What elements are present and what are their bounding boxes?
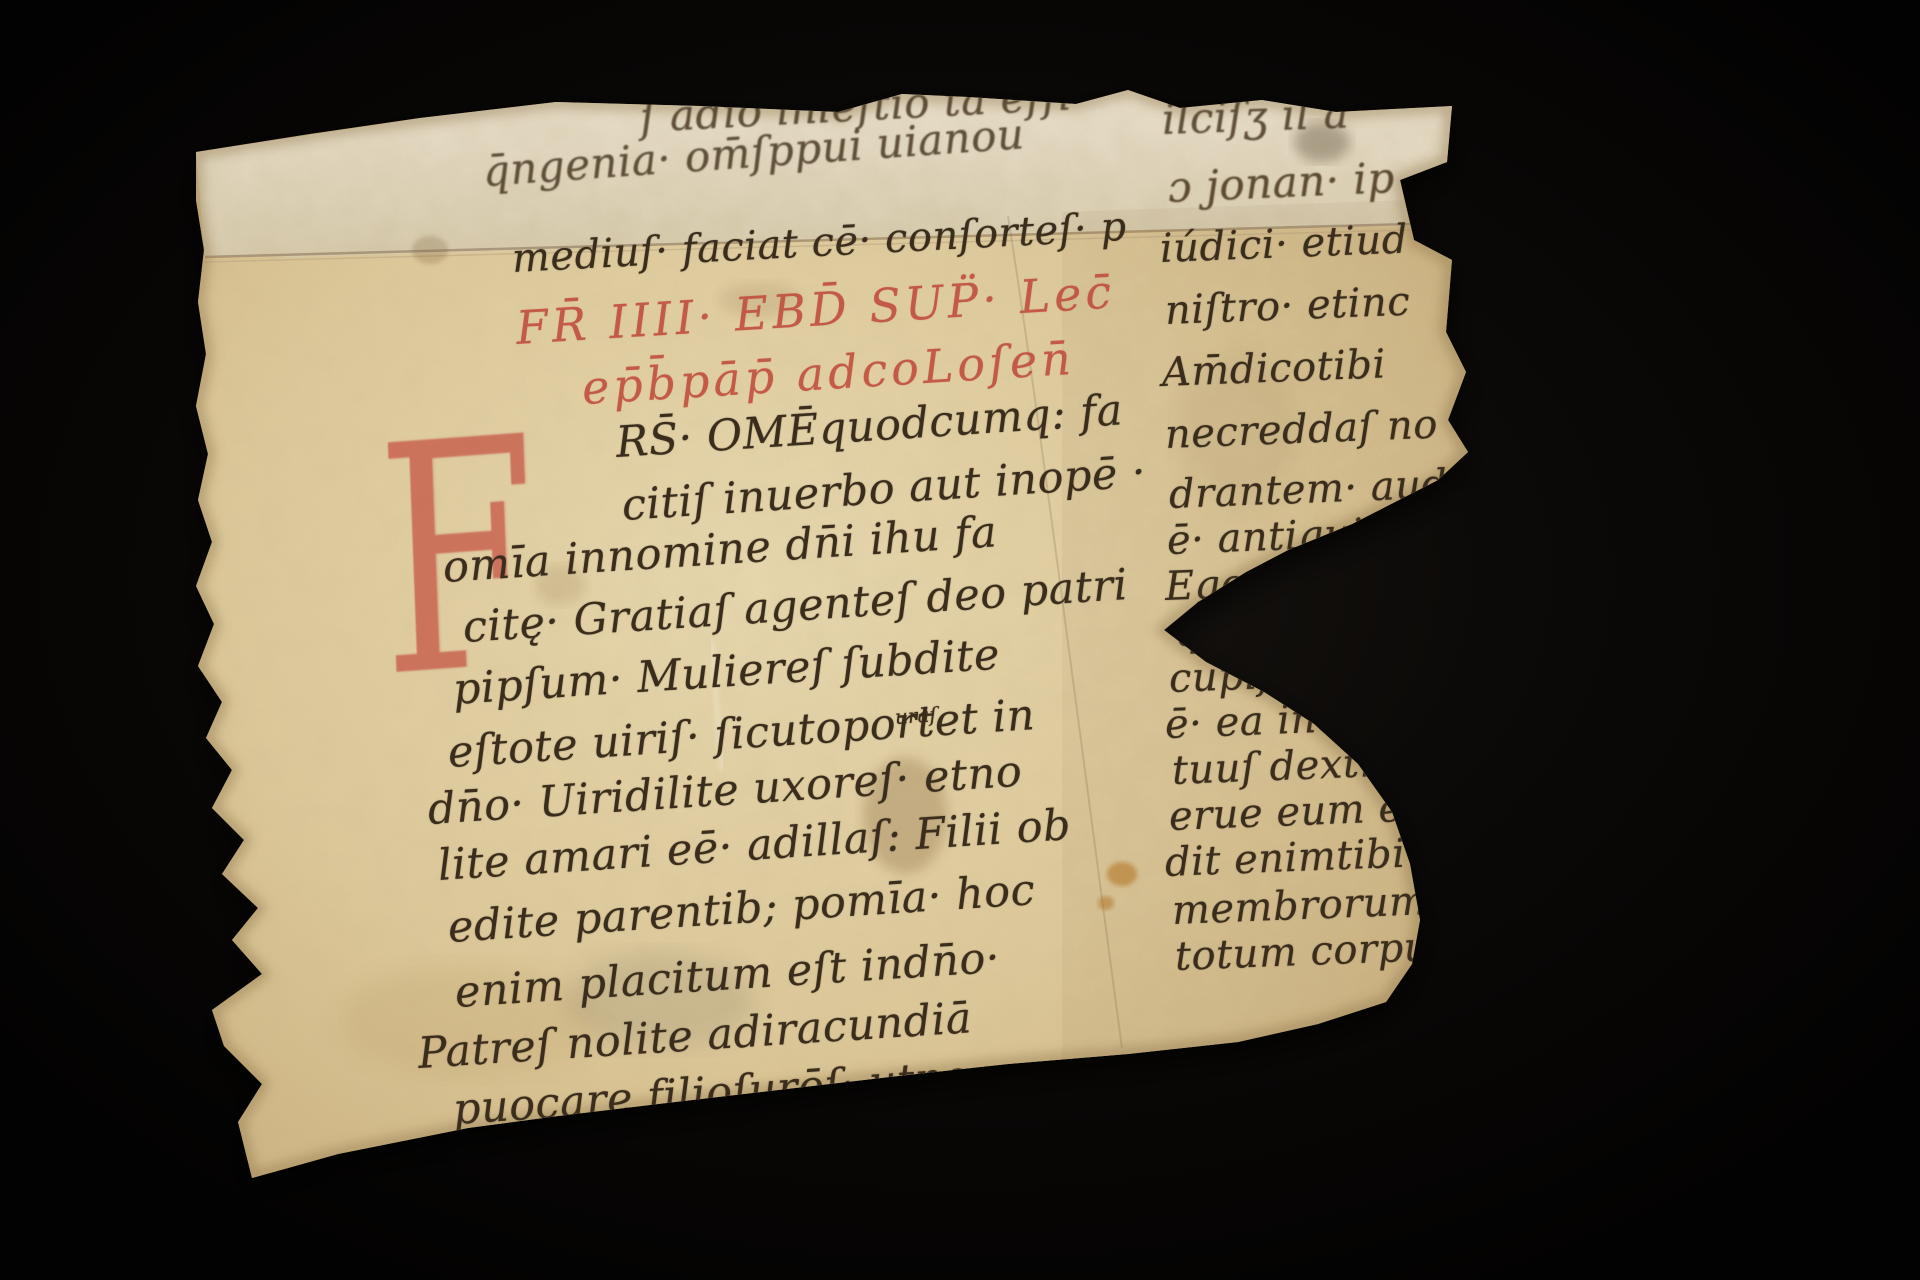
right-column-line: Am̄dicotibi: [1161, 341, 1387, 396]
manuscript-photo: ſ adio inleſtio ta eſſi q̄ngenia· om̄ſpp…: [0, 0, 1920, 1280]
right-column-line: iúdici· etiud: [1159, 216, 1409, 271]
interlinear-gloss: urāſ: [894, 703, 937, 729]
strip-line-right: ɔ jonan· ip: [1167, 154, 1396, 212]
right-column-line: niſtro· etinc: [1164, 279, 1411, 334]
right-column-line: necreddaſ no: [1164, 402, 1439, 458]
